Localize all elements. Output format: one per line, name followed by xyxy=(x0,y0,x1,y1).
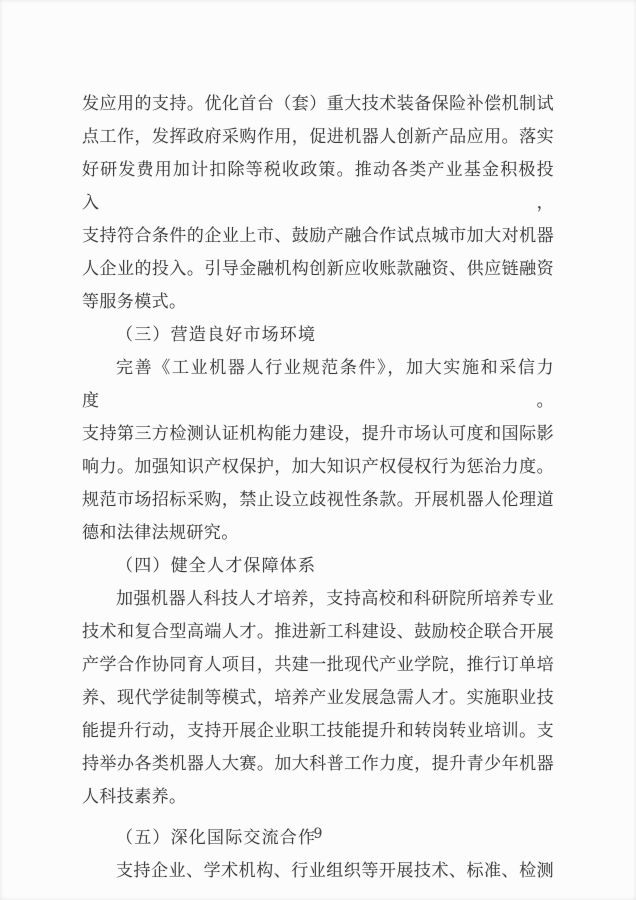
text-line: 响力。加强知识产权保护，加大知识产权侵权行为惩治力度。 xyxy=(82,451,554,484)
text-line: 好研发费用加计扣除等税收政策。推动各类产业基金积极投入， xyxy=(82,154,554,220)
document-body: 发应用的支持。优化首台（套）重大技术装备保险补偿机制试点工作，发挥政府采购作用，… xyxy=(82,88,554,888)
text-line: 产学合作协同育人项目，共建一批现代产业学院，推行订单培 xyxy=(82,649,554,682)
page-number: 9 xyxy=(0,824,636,844)
text-line: 支持第三方检测认证机构能力建设，提升市场认可度和国际影 xyxy=(82,418,554,451)
text-line: 德和法律法规研究。 xyxy=(82,517,554,550)
text-line: 加强机器人科技人才培养，支持高校和科研院所培养专业 xyxy=(82,583,554,616)
text-line: 养、现代学徒制等模式，培养产业发展急需人才。实施职业技 xyxy=(82,682,554,715)
text-line: 技术和复合型高端人才。推进新工科建设、鼓励校企联合开展 xyxy=(82,616,554,649)
text-line: 持举办各类机器人大赛。加大科普工作力度，提升青少年机器 xyxy=(82,748,554,781)
section-heading: （四）健全人才保障体系 xyxy=(82,550,554,583)
document-page: 发应用的支持。优化首台（套）重大技术装备保险补偿机制试点工作，发挥政府采购作用，… xyxy=(0,0,636,900)
text-line: 发应用的支持。优化首台（套）重大技术装备保险补偿机制试 xyxy=(82,88,554,121)
text-line: 完善《工业机器人行业规范条件》，加大实施和采信力度。 xyxy=(82,352,554,418)
text-line: 规范市场招标采购，禁止设立歧视性条款。开展机器人伦理道 xyxy=(82,484,554,517)
text-line: 等服务模式。 xyxy=(82,286,554,319)
section-heading: （三）营造良好市场环境 xyxy=(82,319,554,352)
text-line: 支持企业、学术机构、行业组织等开展技术、标准、检测 xyxy=(82,855,554,888)
text-line: 能提升行动，支持开展企业职工技能提升和转岗转业培训。支 xyxy=(82,715,554,748)
text-line: 点工作，发挥政府采购作用，促进机器人创新产品应用。落实 xyxy=(82,121,554,154)
text-line: 人企业的投入。引导金融机构创新应收账款融资、供应链融资 xyxy=(82,253,554,286)
text-line: 支持符合条件的企业上市、鼓励产融合作试点城市加大对机器 xyxy=(82,220,554,253)
text-line: 人科技素养。 xyxy=(82,781,554,814)
